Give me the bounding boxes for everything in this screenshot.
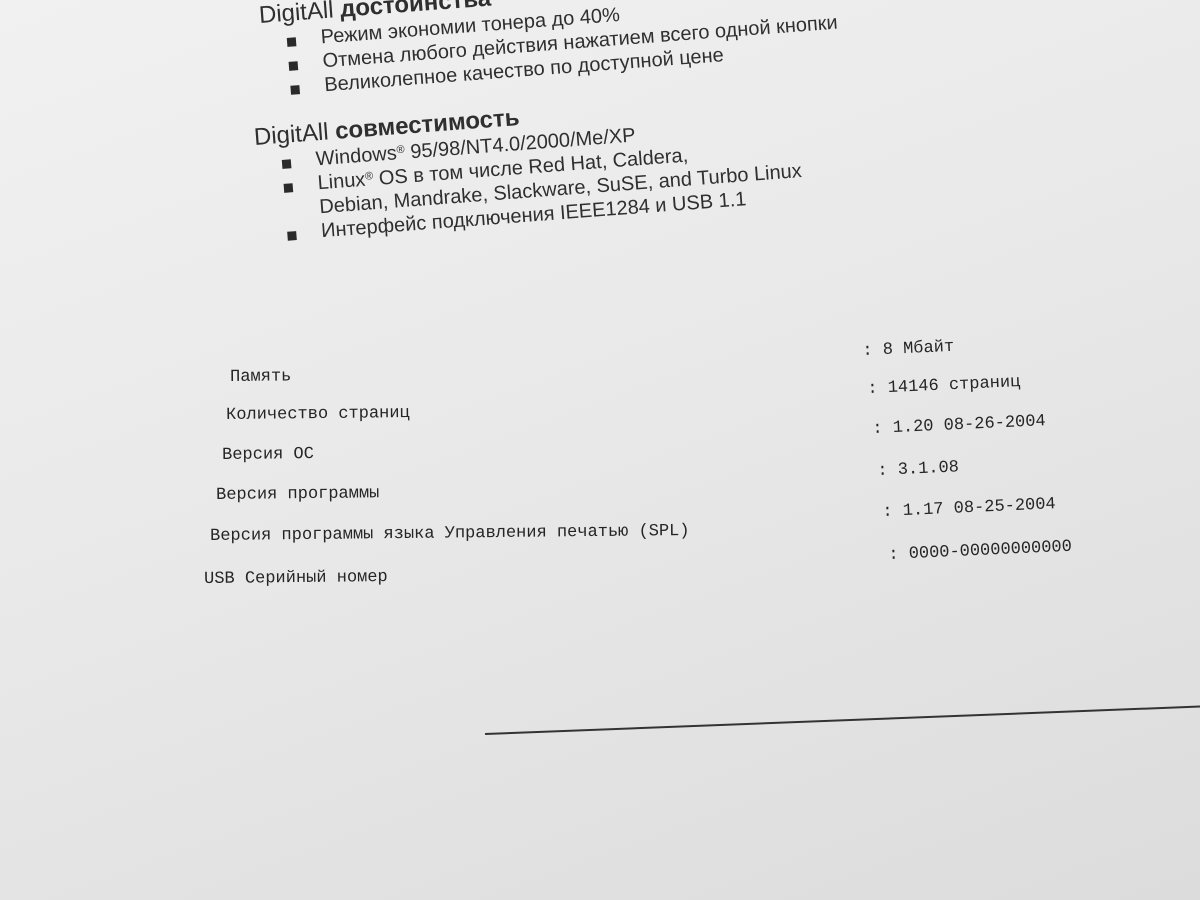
report-row-value: : 1.17 08-25-2004: [882, 495, 1056, 522]
square-bullet-icon: [282, 159, 292, 169]
printed-page: DigitAll достоинства Режим экономии тоне…: [0, 0, 1200, 900]
report-row-value: : 0000-00000000000: [888, 538, 1072, 565]
report-row-label: Версия программы языка Управления печать…: [210, 522, 690, 546]
square-bullet-icon: [287, 37, 297, 47]
report-row-label: Версия программы: [216, 484, 379, 505]
report-row-value: : 1.20 08-26-2004: [872, 412, 1046, 439]
report-row-label: Память: [230, 367, 291, 387]
square-bullet-icon: [287, 231, 297, 241]
report-row-label: USB Серийный номер: [204, 568, 388, 589]
report-row-value: : 8 Мбайт: [862, 338, 955, 361]
square-bullet-icon: [284, 183, 294, 193]
report-row-value: : 14146 страниц: [867, 373, 1021, 399]
report-row-label: Количество страниц: [226, 404, 410, 425]
compatibility-section: DigitAll совместимость Windows® 95/98/NT…: [253, 83, 804, 247]
square-bullet-icon: [289, 61, 299, 71]
report-row-value: : 3.1.08: [877, 458, 959, 481]
report-row-label: Версия ОС: [222, 445, 314, 465]
divider-line: [485, 705, 1200, 734]
square-bullet-icon: [290, 85, 300, 95]
